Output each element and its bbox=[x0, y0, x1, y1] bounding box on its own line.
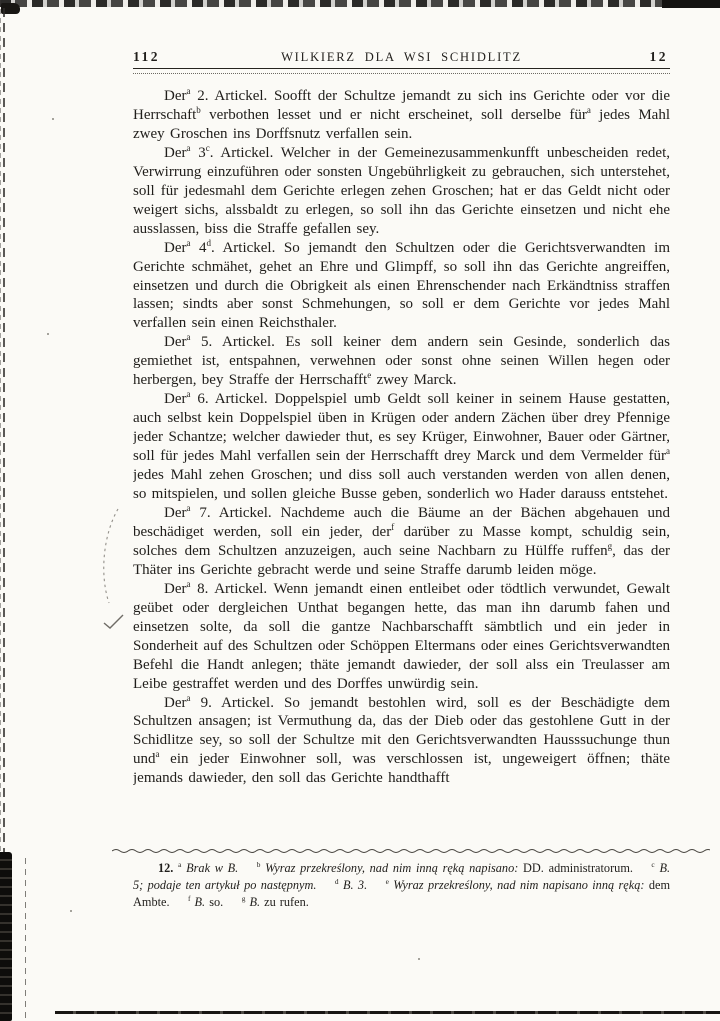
scan-speck bbox=[70, 910, 72, 912]
scan-speck bbox=[52, 118, 54, 120]
text-segment: Der bbox=[164, 391, 187, 407]
body-paragraph: Dera 3c. Artickel. Welcher in der Gemein… bbox=[133, 144, 670, 239]
text-segment: . Artickel. So jemandt den Schultzen ode… bbox=[133, 240, 670, 332]
text-segment: B. 3. bbox=[343, 878, 367, 892]
text-segment: 4 bbox=[191, 240, 207, 256]
text-segment bbox=[633, 861, 651, 875]
body-paragraph: Dera 8. Artickel. Wenn jemandt einen ent… bbox=[133, 580, 670, 694]
text-segment: zu rufen. bbox=[260, 895, 309, 909]
body-paragraph: Dera 9. Artickel. So jemandt bestohlen w… bbox=[133, 694, 670, 789]
footnote-marker: a bbox=[666, 446, 670, 456]
text-segment: Der bbox=[164, 505, 187, 521]
text-segment: 8. Artickel. Wenn jemandt einen entleibe… bbox=[133, 581, 670, 692]
scan-edge-bottom bbox=[55, 1011, 720, 1014]
text-segment: Brak w B. bbox=[186, 861, 238, 875]
text-segment: DD. administratorum. bbox=[518, 861, 633, 875]
running-title: WILKIERZ DLA WSI SCHIDLITZ bbox=[133, 50, 670, 65]
text-segment: B. bbox=[249, 895, 260, 909]
body-text: Dera 2. Artickel. Soofft der Schultze je… bbox=[133, 87, 670, 788]
text-segment bbox=[316, 878, 334, 892]
body-paragraph: Dera 5. Artickel. Es soll keiner dem and… bbox=[133, 333, 670, 390]
pencil-checkmark-icon bbox=[104, 615, 123, 628]
scan-speck bbox=[418, 958, 420, 960]
text-segment: Der bbox=[164, 695, 187, 711]
text-segment: Der bbox=[164, 145, 187, 161]
text-segment: Der bbox=[164, 581, 187, 597]
footnotes: 12. a Brak w B. b Wyraz przekreślony, na… bbox=[133, 860, 670, 910]
margin-pencil-marks bbox=[96, 503, 128, 635]
text-segment bbox=[238, 861, 256, 875]
text-segment: ein jeder Einwohner soll, was verschloss… bbox=[133, 751, 670, 786]
text-segment: jedes Mahl zehen Groschen; und diss soll… bbox=[133, 467, 670, 502]
scan-edge-top-right bbox=[662, 0, 720, 8]
scanned-book-page: { "page": { "header": { "page_number_lef… bbox=[0, 0, 720, 1021]
text-segment: Wyraz przekreślony, nad nim inną ręką na… bbox=[265, 861, 518, 875]
text-segment: zwey Marck. bbox=[371, 372, 456, 388]
text-segment bbox=[223, 895, 241, 909]
footnote-separator bbox=[112, 847, 710, 854]
text-segment bbox=[367, 878, 385, 892]
page-header: 112 WILKIERZ DLA WSI SCHIDLITZ 12 bbox=[133, 49, 670, 67]
scan-gutter-line bbox=[25, 858, 26, 1021]
body-paragraph: Dera 7. Artickel. Nachdeme auch die Bäum… bbox=[133, 504, 670, 580]
text-segment bbox=[170, 895, 188, 909]
body-paragraph: Dera 6. Artickel. Doppelspiel umb Geldt … bbox=[133, 390, 670, 504]
text-segment: so. bbox=[205, 895, 223, 909]
text-segment: 6. Artickel. Doppelspiel umb Geldt soll … bbox=[133, 391, 670, 464]
header-rule bbox=[133, 68, 670, 74]
text-segment: . Artickel. Welcher in der Gemeinezusamm… bbox=[133, 145, 670, 237]
text-segment: Wyraz przekreślony, nad nim napisano inn… bbox=[393, 878, 644, 892]
text-segment: Der bbox=[164, 88, 187, 104]
text-segment: 3 bbox=[191, 145, 206, 161]
scan-gutter-shadow bbox=[0, 852, 12, 1021]
text-segment: verbothen lesset und er nicht erscheinet… bbox=[201, 107, 587, 123]
pencil-curve bbox=[104, 509, 118, 603]
body-paragraph: Dera 2. Artickel. Soofft der Schultze je… bbox=[133, 87, 670, 144]
scan-edge-top bbox=[0, 0, 720, 7]
page-number-right: 12 bbox=[650, 49, 669, 65]
body-paragraph: Dera 4d. Artickel. So jemandt den Schult… bbox=[133, 239, 670, 334]
text-segment: 12. bbox=[158, 861, 173, 875]
footnote-paragraph: 12. a Brak w B. b Wyraz przekreślony, na… bbox=[133, 860, 670, 910]
wavy-rule bbox=[112, 847, 710, 854]
text-segment: B. bbox=[195, 895, 206, 909]
text-segment: Der bbox=[164, 240, 187, 256]
text-segment: Der bbox=[164, 334, 187, 350]
scan-speck bbox=[47, 333, 49, 335]
